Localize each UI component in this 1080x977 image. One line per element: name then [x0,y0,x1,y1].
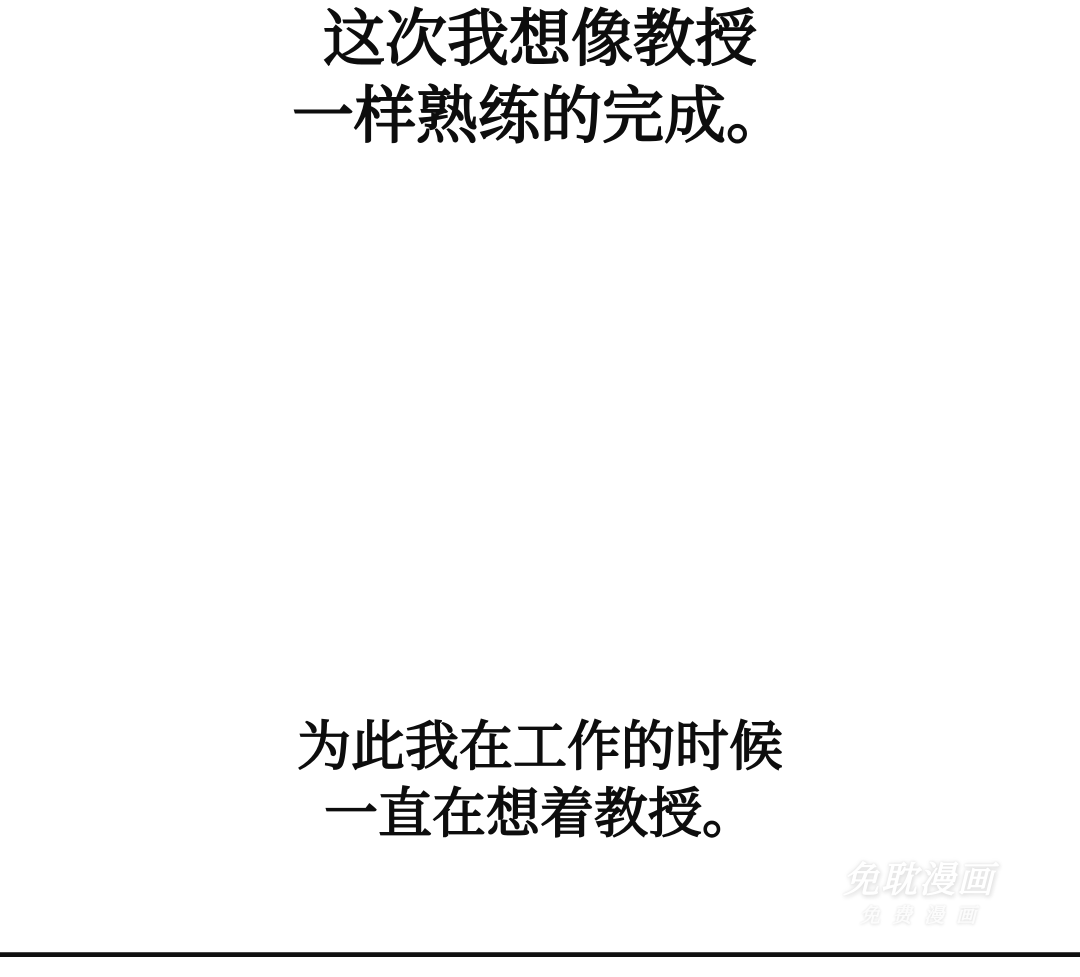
narration-block-top: 这次我想像教授 一样熟练的完成。 [0,1,1080,155]
site-watermark: 免耽漫画 免费漫画 [824,859,1014,929]
watermark-logo-text: 免耽漫画 [824,859,1014,901]
comic-page: 这次我想像教授 一样熟练的完成。 为此我在工作的时候 一直在想着教授。 免耽漫画… [0,0,1080,977]
narration-block-bottom: 为此我在工作的时候 一直在想着教授。 [0,714,1080,848]
narration-line: 为此我在工作的时候 [0,714,1080,781]
watermark-subtitle-text: 免费漫画 [824,903,1014,929]
narration-line: 一样熟练的完成。 [0,78,1080,155]
narration-line: 这次我想像教授 [0,1,1080,78]
panel-divider-line [0,952,1080,957]
narration-line: 一直在想着教授。 [0,781,1080,848]
